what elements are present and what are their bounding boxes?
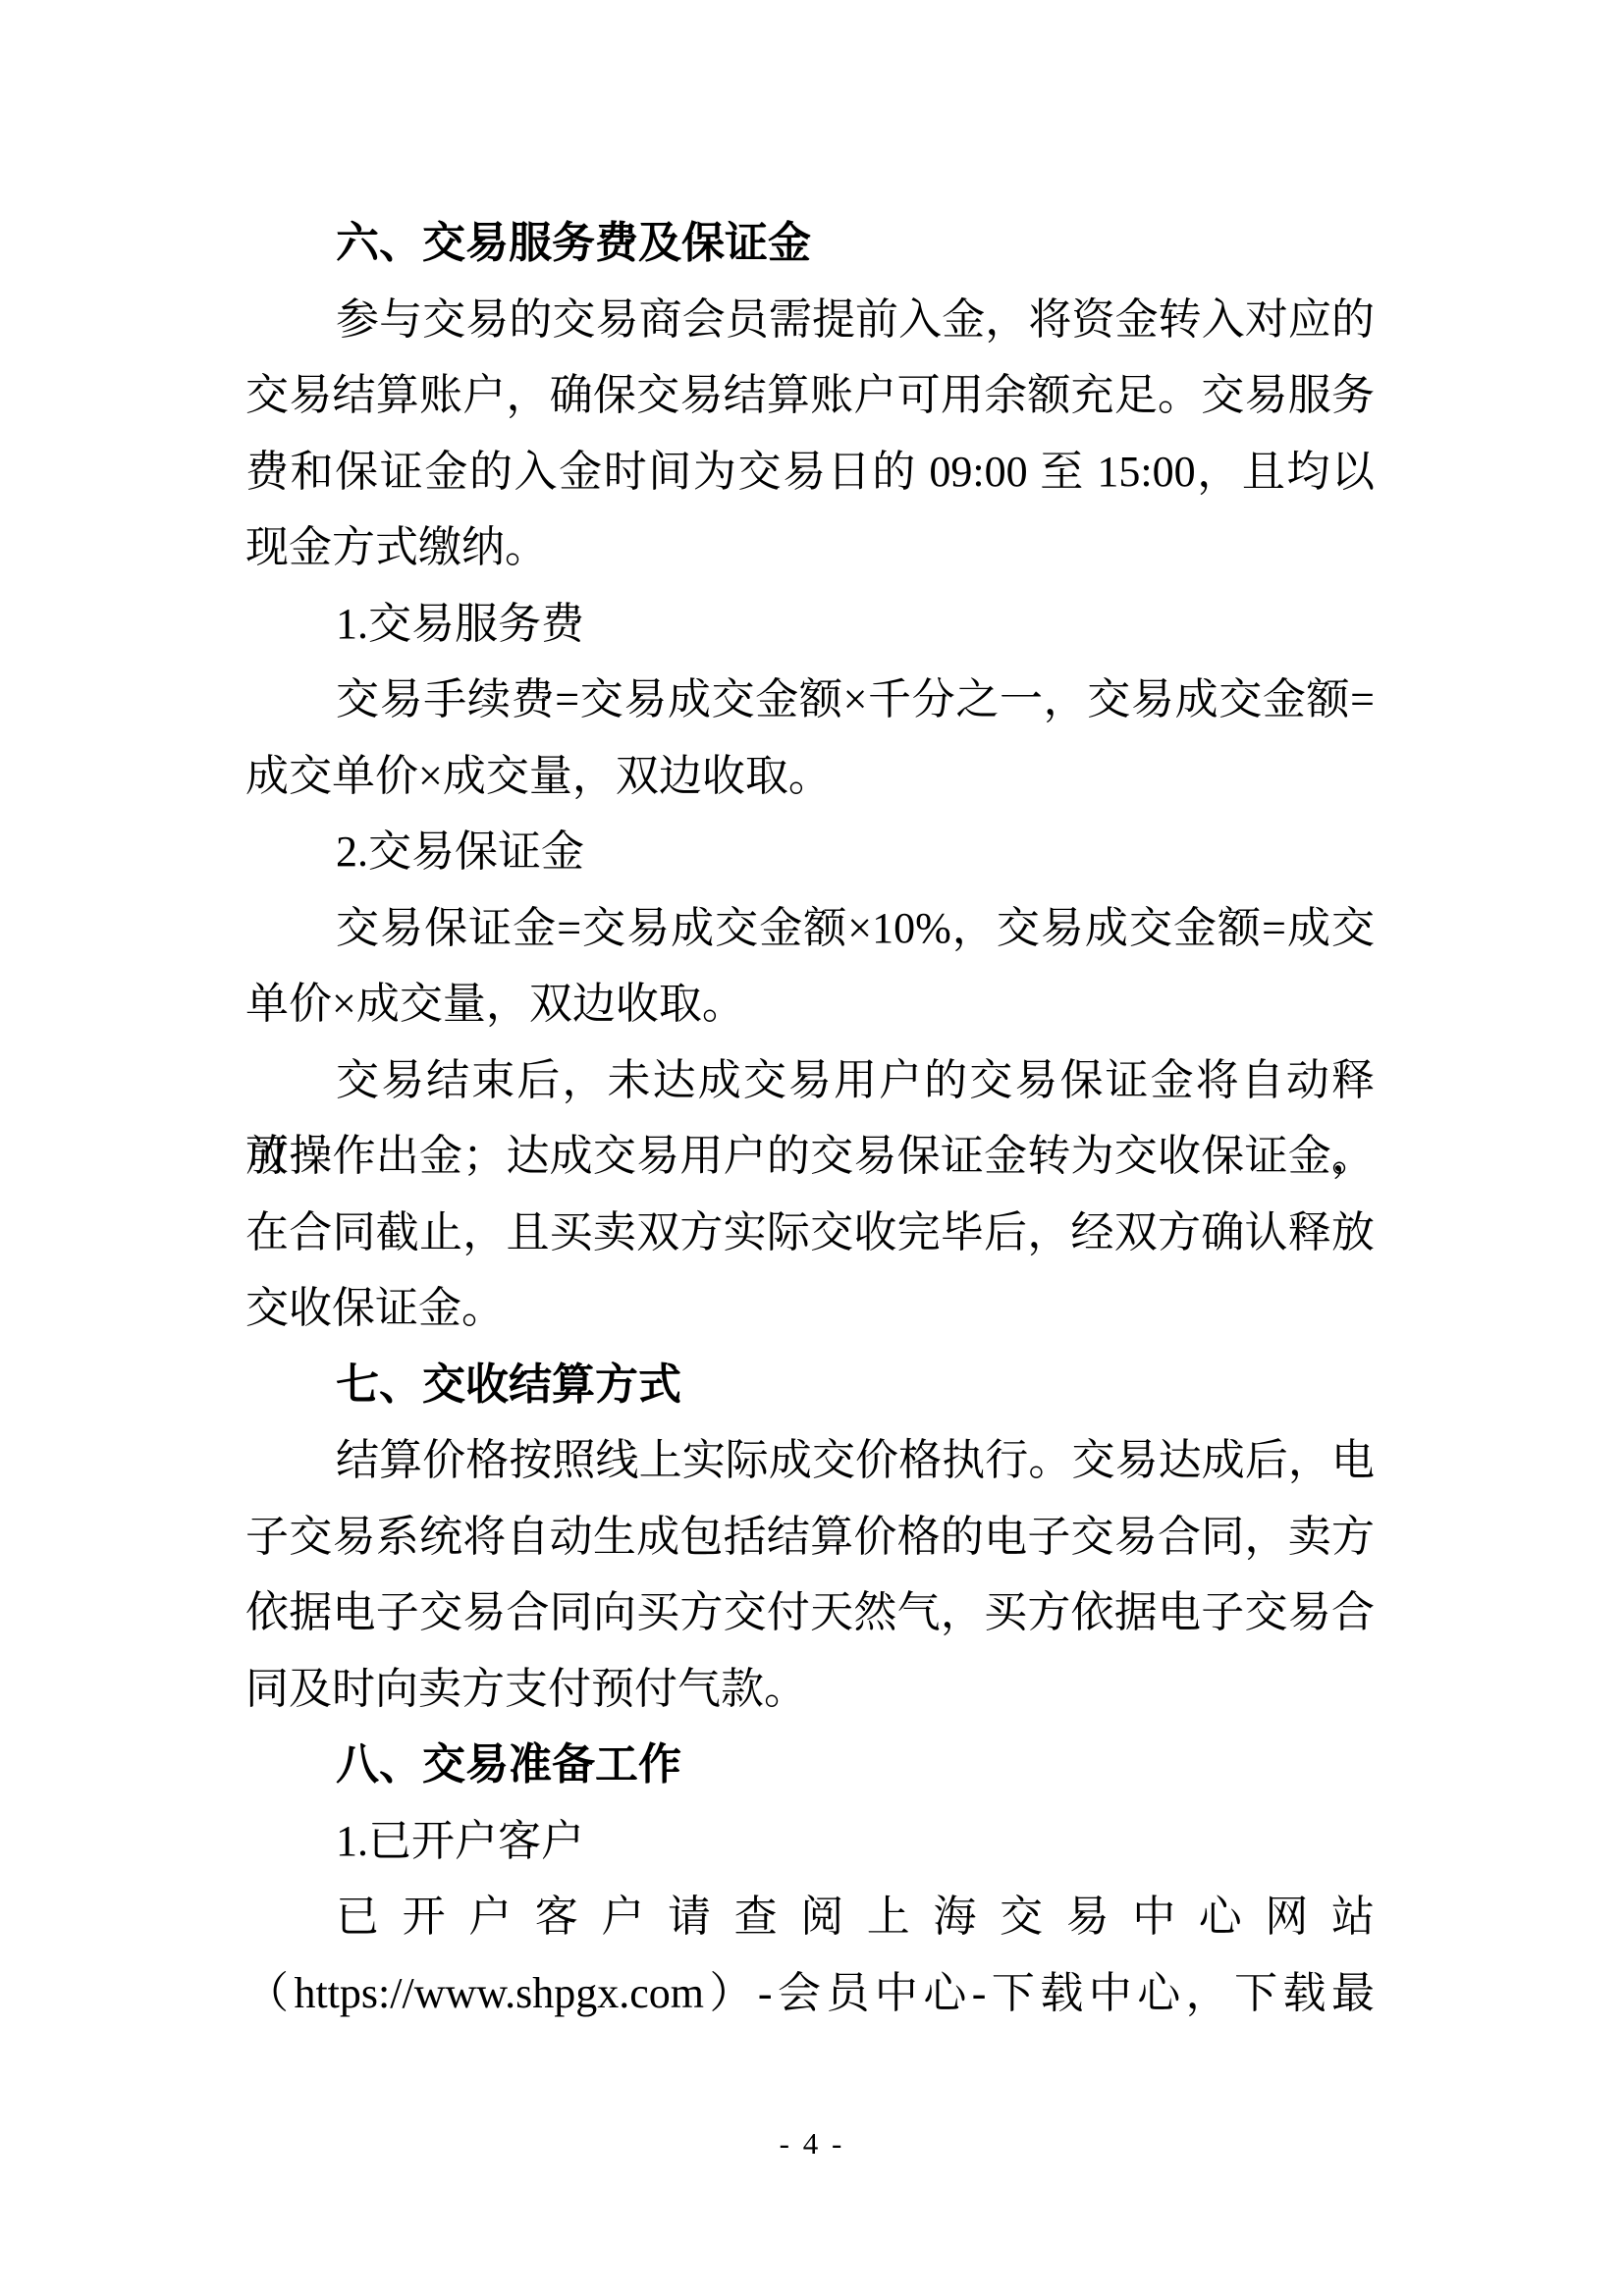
body-line: 交易保证金=交易成交金额×10%，交易成交金额=成交 (245, 890, 1375, 967)
subitem-trading-margin: 2.交易保证金 (245, 814, 1375, 890)
subitem-existing-account-customers: 1.已开户客户 (245, 1803, 1375, 1880)
heading-settlement-method: 七、交收结算方式 (245, 1347, 1375, 1423)
body-line: 费和保证金的入金时间为交易日的 09:00 至 15:00，且均以 (245, 434, 1375, 510)
body-line: 可操作出金；达成交易用户的交易保证金转为交收保证金。 (245, 1118, 1375, 1195)
subitem-trading-service-fee: 1.交易服务费 (245, 586, 1375, 663)
body-line: 交收保证金。 (245, 1270, 1375, 1347)
body-line: 已开户客户请查阅上海交易中心网站 (245, 1879, 1375, 1955)
body-line: 依据电子交易合同向买方交付天然气，买方依据电子交易合 (245, 1575, 1375, 1651)
body-line: 交易手续费=交易成交金额×千分之一，交易成交金额= (245, 662, 1375, 738)
body-line: 结算价格按照线上实际成交价格执行。交易达成后，电 (245, 1422, 1375, 1499)
body-line: 交易结算账户，确保交易结算账户可用余额充足。交易服务 (245, 357, 1375, 434)
body-line: 在合同截止，且买卖双方实际交收完毕后，经双方确认释放 (245, 1195, 1375, 1271)
document-page: 六、交易服务费及保证金 参与交易的交易商会员需提前入金，将资金转入对应的 交易结… (0, 0, 1624, 2296)
page-number: - 4 - (0, 2126, 1624, 2162)
heading-transaction-fee-and-margin: 六、交易服务费及保证金 (245, 205, 1375, 282)
document-body: 六、交易服务费及保证金 参与交易的交易商会员需提前入金，将资金转入对应的 交易结… (245, 205, 1375, 2031)
body-line: 子交易系统将自动生成包括结算价格的电子交易合同，卖方 (245, 1499, 1375, 1575)
body-line: 同及时向卖方支付预付气款。 (245, 1651, 1375, 1728)
body-line: 参与交易的交易商会员需提前入金，将资金转入对应的 (245, 282, 1375, 358)
body-line: 交易结束后，未达成交易用户的交易保证金将自动释放， (245, 1042, 1375, 1119)
body-line: 现金方式缴纳。 (245, 509, 1375, 586)
body-line: 成交单价×成交量，双边收取。 (245, 738, 1375, 815)
body-line: 单价×成交量，双边收取。 (245, 966, 1375, 1042)
heading-trade-preparation: 八、交易准备工作 (245, 1727, 1375, 1803)
body-line-url: （https://www.shpgx.com）-会员中心-下载中心，下载最 (245, 1955, 1375, 2032)
